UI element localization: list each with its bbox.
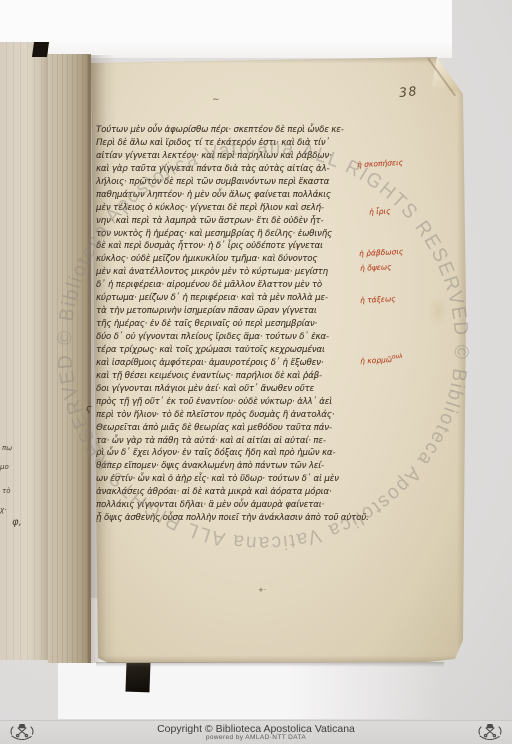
manuscript-line: Περὶ δὲ ἅλω καὶ ἴριδος τί τε ἑκάτερόν ἐσ… [96,138,372,151]
manuscript-scan-viewer: πωμοτὸχ·φ, 38 ∼ +· ϛ Τούτων μὲν οὖν ἀφωρ… [0,0,512,744]
stray-mark-bottom: +· [258,586,266,594]
manuscript-line: κύκλος· οὐδὲ μεῖζον ἡμικυκλίου τμῆμα· κα… [96,254,372,267]
manuscript-line: Τούτων μὲν οὖν ἀφωρίσθω πέρι· σκεπτέον δ… [96,125,372,138]
manuscript-line: ἀνακλάσεις ἀθρόαι· αἱ δὲ κατὰ μικρὰ καὶ … [96,487,372,500]
manuscript-line: μὲν καὶ ἀνατέλλοντος μικρὸν μὲν τὸ κύρτω… [96,267,372,280]
manuscript-line: παθημάτων ληπτέον· ἡ μὲν οὖν ἅλως φαίνετ… [96,190,372,203]
vatican-library-emblem-icon [9,723,35,743]
manuscript-line: δ᾽ ἡ περιφέρεια· αἰρομένου δὲ μᾶλλον ἔλα… [96,280,372,293]
copyright-bar: Copyright © Biblioteca Apostolica Vatica… [0,720,512,744]
edge-fragment: τὸ [2,487,11,495]
book-fore-edge-strip [0,42,48,660]
manuscript-line: τα· ὧν γὰρ τὰ πάθη τὰ αὐτά· καὶ αἱ αἰτία… [96,436,372,449]
marginal-note-5: ἡ τάξεως [360,294,396,305]
margin-sign: ϛ [86,404,91,414]
manuscript-line: μὲν τέλειος ὁ κύκλος· γίγνεται δὲ περὶ ἥ… [96,203,372,216]
manuscript-line: καὶ τῇ θέσει κειμένοις ἐναντίως· παρήλιο… [96,371,372,384]
manuscript-line: δὲ καὶ περὶ δυσμὰς ἧττον· ἡ δ᾽ ἶρις οὐδέ… [96,241,372,254]
manuscript-line: τῆς ἡμέρας· ἐν δὲ ταῖς θεριναῖς οὐ περὶ … [96,319,372,332]
manuscript-line: περὶ τὸν ἥλιον· τὸ δὲ πλεῖστον πρὸς δυσμ… [96,410,372,423]
footer-text: Copyright © Biblioteca Apostolica Vatica… [157,724,355,742]
vatican-library-emblem-icon [477,723,503,743]
page-bottom-shadow [96,662,444,667]
manuscript-line: τὰ τὴν μετοπωρινὴν ἰσημερίαν πᾶσαν ὥραν … [96,306,372,319]
stray-mark-top: ∼ [212,95,220,105]
manuscript-line: καὶ ἰσαρίθμοις ἀμφότεραι· ἀμαυροτέροις δ… [96,358,372,371]
manuscript-line: ρὶ ὧν δ᾽ ἔχει λόγον· ἐν ταῖς δόξαις ἤδη … [96,448,372,461]
manuscript-line: λήλοις· πρῶτον δὲ περὶ τῶν συμβαινόντων … [96,177,372,190]
folio-number: 38 [398,83,418,100]
manuscript-line: θάπερ εἴπομεν· ὄψις ἀνακλωμένη ἀπὸ πάντω… [96,461,372,474]
powered-by-text: powered by AMLAD·NTT DATA [157,735,355,742]
edge-fragment: φ, [12,517,22,528]
marginal-note-4: ἡ ὄψεως [360,262,392,273]
manuscript-line: δύο δ᾽ οὐ γίγνονται πλείους ἴριδες ἅμα· … [96,332,372,345]
manuscript-text-block: Τούτων μὲν οὖν ἀφωρίσθω πέρι· σκεπτέον δ… [96,125,372,526]
manuscript-line: τέρα τρίχρως· καὶ τοῖς χρώμασι ταὐτοῖς κ… [96,345,372,358]
manuscript-line: δοι γίγνονται πλάγιοι μὲν ἀεί· καὶ οὔτ᾽ … [96,384,372,397]
manuscript-line: αἰτίαν γίγνεται λεκτέον· καὶ περὶ παρηλί… [96,151,372,164]
manuscript-line: τον νυκτὸς ἢ ἡμέρας· καὶ μεσημβρίας ἢ δε… [96,229,372,242]
marginal-note-2: ἡ ἶρις [369,206,391,216]
spine-tab-top [32,42,49,57]
scanner-backing-top [0,0,452,58]
book-gutter-strip [48,54,91,663]
manuscript-line: πολλάκις γίγνονται δῆλαι· ἃ μὲν οὖν ἀμαυ… [96,500,372,513]
manuscript-line: νην· καὶ περὶ τὰ λαμπρὰ τῶν ἄστρων· ἔτι … [96,216,372,229]
edge-fragment: μο [0,463,9,471]
page-stain [428,296,448,326]
edge-fragment: πω [2,444,12,453]
edge-fragment: χ· [0,506,6,514]
marginal-note-6-text: ἡ κορμῶ [360,355,392,366]
manuscript-line: πρὸς τῇ γῇ οὔτ᾽ ἐκ τοῦ ἐναντίου· οὐδὲ νύ… [96,397,372,410]
copyright-text: Copyright © Biblioteca Apostolica Vatica… [157,724,355,735]
manuscript-line: κύρτωμα· μείζων δ᾽ ἡ περιφέρεια· καὶ τὰ … [96,293,372,306]
marginal-note-6: ἡ κορμῶουλ [360,353,403,366]
manuscript-line: Θεωρεῖται ἀπὸ μιᾶς δὲ θεωρίας καὶ μεθόδο… [96,423,372,436]
manuscript-line: ων ἐστίν· ὧν καὶ ὁ ἀὴρ εἷς· καὶ τὸ ὕδωρ·… [96,474,372,487]
marginal-note-6-superscript: ουλ [392,353,403,361]
manuscript-line: καὶ γὰρ ταῦτα γίγνεται πάντα διὰ τὰς αὐτ… [96,164,372,177]
manuscript-line: ᾗ ὄψις ἀσθενὴς οὖσα πολλὴν ποιεῖ τὴν ἀνά… [96,513,372,526]
